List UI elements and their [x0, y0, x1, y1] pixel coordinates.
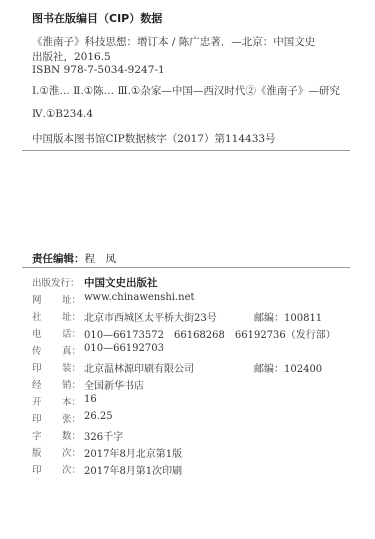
postcode: 邮编：100811 — [254, 309, 322, 324]
info-key: 真： — [62, 343, 81, 357]
info-value: 326千字 — [84, 428, 123, 443]
info-value: 北京市西城区太平桥大街23号 — [84, 309, 217, 324]
info-value: 16 — [84, 394, 97, 405]
info-key: 字 — [32, 428, 42, 442]
responsible-editor: 责任编辑：程 凤 — [32, 251, 116, 266]
divider — [22, 150, 350, 151]
info-key: 装： — [62, 360, 81, 374]
website-link[interactable]: www.chinawenshi.net — [84, 292, 195, 303]
cip-publisher-date: 出版社，2016.5 — [32, 49, 111, 64]
cip-classification: Ⅳ.①B234.4 — [32, 108, 93, 120]
info-key: 电 — [32, 326, 42, 340]
info-value: 全国新华书店 — [84, 377, 144, 392]
info-key: 出版发行： — [32, 275, 80, 289]
info-key: 经 — [32, 377, 42, 391]
divider — [22, 267, 350, 268]
info-key: 数： — [62, 428, 81, 442]
info-value: 26.25 — [84, 411, 113, 422]
info-value: 2017年8月北京第1版 — [84, 445, 182, 460]
info-value: 中国文史出版社 — [84, 275, 158, 290]
cip-approval-number: 中国版本图书馆CIP数据核字（2017）第114433号 — [32, 131, 276, 146]
info-key: 传 — [32, 343, 42, 357]
info-key: 印 — [32, 411, 42, 425]
info-key: 印 — [32, 360, 42, 374]
info-key: 次： — [62, 445, 81, 459]
info-key: 址： — [62, 292, 81, 306]
cip-subject-headings: Ⅰ.①淮… Ⅱ.①陈… Ⅲ.①杂家—中国—西汉时代②《淮南子》—研究 — [32, 83, 340, 98]
info-value: 010—66192703 — [84, 343, 164, 354]
info-value: 2017年8月第1次印刷 — [84, 462, 182, 477]
editor-name: 程 凤 — [85, 253, 117, 265]
info-key: 次： — [62, 462, 81, 476]
postcode: 邮编：102400 — [254, 360, 322, 375]
info-key: 张： — [62, 411, 81, 425]
cip-isbn: ISBN 978-7-5034-9247-1 — [32, 64, 165, 76]
cip-title-line: 《淮南子》科技思想：增订本 / 陈广忠著．—北京：中国文史 — [32, 34, 315, 49]
info-key: 印 — [32, 462, 42, 476]
info-key: 销： — [62, 377, 81, 391]
info-key: 本： — [62, 394, 81, 408]
info-value: 010—66173572 66168268 66192736（发行部） — [84, 326, 336, 341]
info-key: 开 — [32, 394, 42, 408]
info-key: 网 — [32, 292, 42, 306]
copyright-page: 图书在版编目（CIP）数据 《淮南子》科技思想：增订本 / 陈广忠著．—北京：中… — [0, 0, 375, 539]
editor-label: 责任编辑： — [32, 253, 85, 265]
cip-heading: 图书在版编目（CIP）数据 — [32, 10, 162, 26]
info-key: 址： — [62, 309, 81, 323]
info-key: 话： — [62, 326, 81, 340]
info-key: 版 — [32, 445, 42, 459]
info-value: 北京温林源印刷有限公司 — [84, 360, 194, 375]
info-key: 社 — [32, 309, 42, 323]
